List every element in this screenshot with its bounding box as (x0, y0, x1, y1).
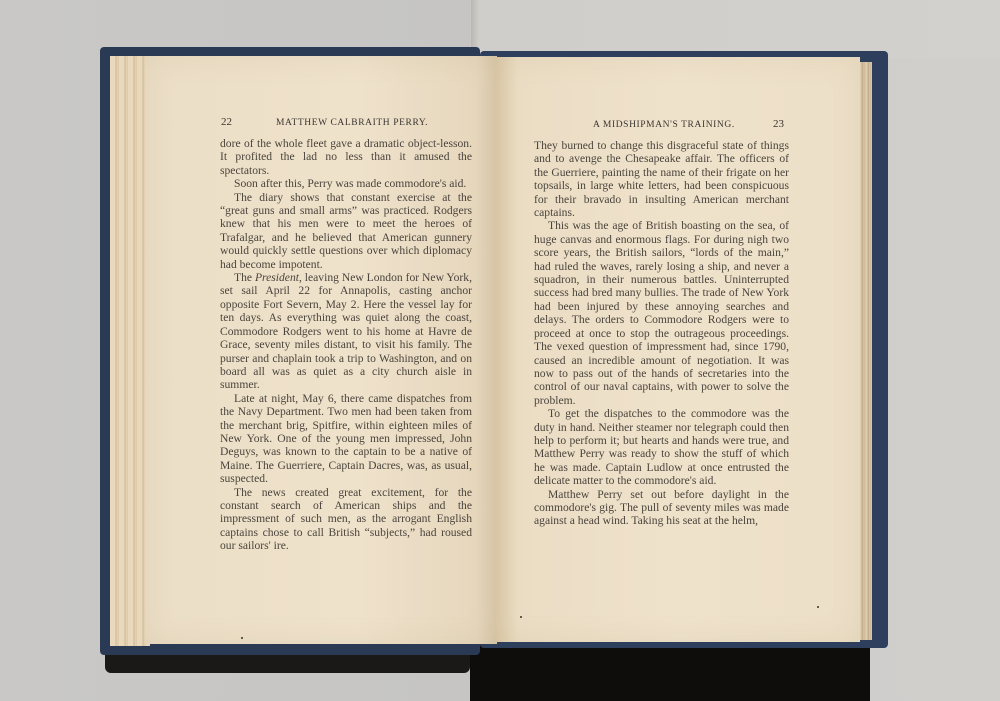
page-edges-left (110, 56, 150, 646)
book-shadow (470, 640, 870, 701)
paragraph: The news created great excitement, for t… (220, 486, 472, 553)
paper-speck (817, 606, 819, 608)
paper-speck (520, 616, 522, 618)
paragraph: Soon after this, Perry was made commodor… (220, 177, 472, 190)
paragraph: The President, leaving New London for Ne… (220, 271, 472, 392)
paragraph: The diary shows that constant exercise a… (220, 191, 472, 271)
left-page-text: dore of the whole fleet gave a dramatic … (220, 137, 472, 553)
right-running-head: A MIDSHIPMAN'S TRAINING. (593, 120, 735, 130)
paragraph: They burned to change this disgraceful s… (534, 139, 789, 219)
paragraph: dore of the whole fleet gave a dramatic … (220, 137, 472, 177)
page-edges-right (858, 62, 872, 640)
text-span: , leaving New London for New York, set s… (220, 271, 472, 391)
ship-name: President (255, 271, 299, 284)
right-page-text: They burned to change this disgraceful s… (534, 139, 789, 528)
paragraph: Late at night, May 6, there came dispatc… (220, 392, 472, 486)
paper-speck (241, 637, 243, 639)
paragraph: This was the age of British boasting on … (534, 219, 789, 407)
left-page-number: 22 (221, 116, 232, 128)
text-span: The (234, 271, 255, 284)
right-page-number: 23 (773, 118, 784, 130)
background-right (471, 0, 1000, 58)
paragraph: To get the dispatches to the commodore w… (534, 407, 789, 487)
left-running-head: MATTHEW CALBRAITH PERRY. (276, 118, 428, 128)
paragraph: Matthew Perry set out before daylight in… (534, 488, 789, 528)
